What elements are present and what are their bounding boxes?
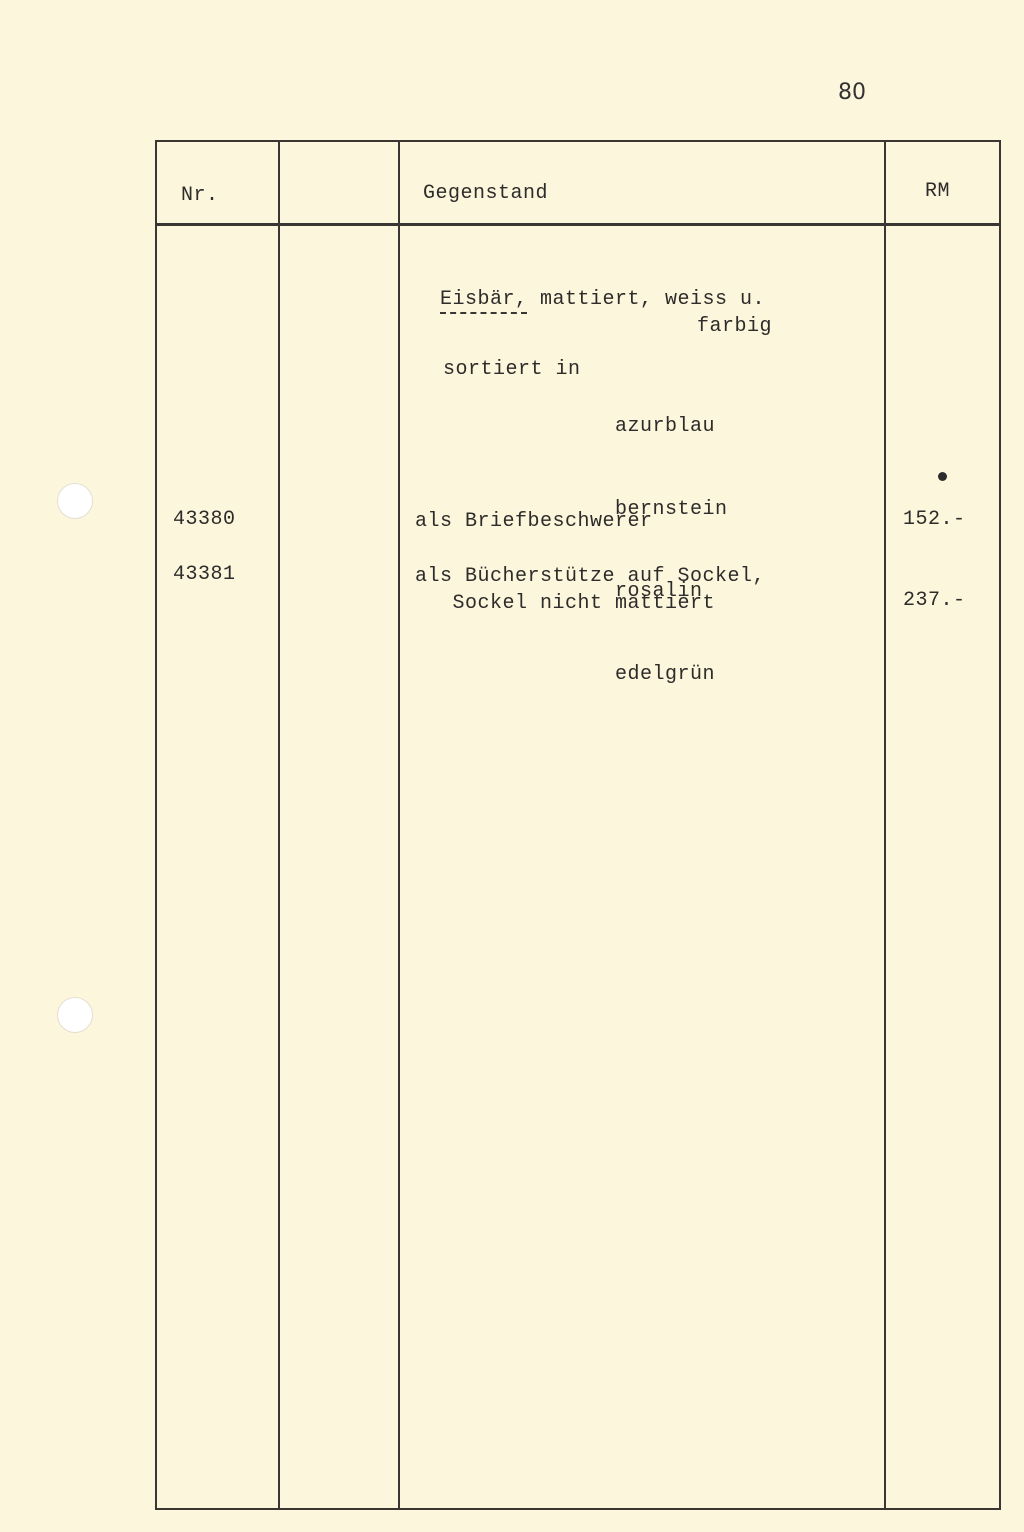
- item-title-rest: mattiert, weiss u.: [528, 288, 766, 311]
- item-name: Eisbär,: [440, 288, 528, 311]
- ink-dot: [938, 472, 947, 481]
- column-divider: [884, 140, 886, 1510]
- header-divider: [157, 223, 999, 226]
- sorted-label: sortiert in: [443, 358, 581, 381]
- punch-hole: [57, 483, 93, 519]
- item-title: Eisbär, mattiert, weiss u.: [440, 288, 765, 311]
- page-number: 80: [838, 80, 866, 105]
- row-price: 152.-: [903, 508, 966, 531]
- row-price: 237.-: [903, 589, 966, 612]
- color-list: azurblau bernstein rosalin edelgrün: [615, 358, 728, 743]
- header-rm: RM: [925, 180, 950, 203]
- color-option: edelgrün: [615, 661, 728, 689]
- row-nr: 43380: [173, 508, 236, 531]
- column-divider: [278, 140, 280, 1510]
- punch-hole: [57, 997, 93, 1033]
- color-option: azurblau: [615, 413, 728, 441]
- header-nr: Nr.: [181, 184, 219, 207]
- column-divider: [398, 140, 400, 1510]
- header-gegenstand: Gegenstand: [423, 182, 548, 205]
- row-description: als Bücherstütze auf Sockel, Sockel nich…: [415, 563, 765, 617]
- item-title-continued: farbig: [697, 315, 772, 338]
- row-nr: 43381: [173, 563, 236, 586]
- catalog-table: Nr. Gegenstand RM Eisbär, mattiert, weis…: [155, 140, 1001, 1510]
- row-description: als Briefbeschwerer: [415, 508, 653, 535]
